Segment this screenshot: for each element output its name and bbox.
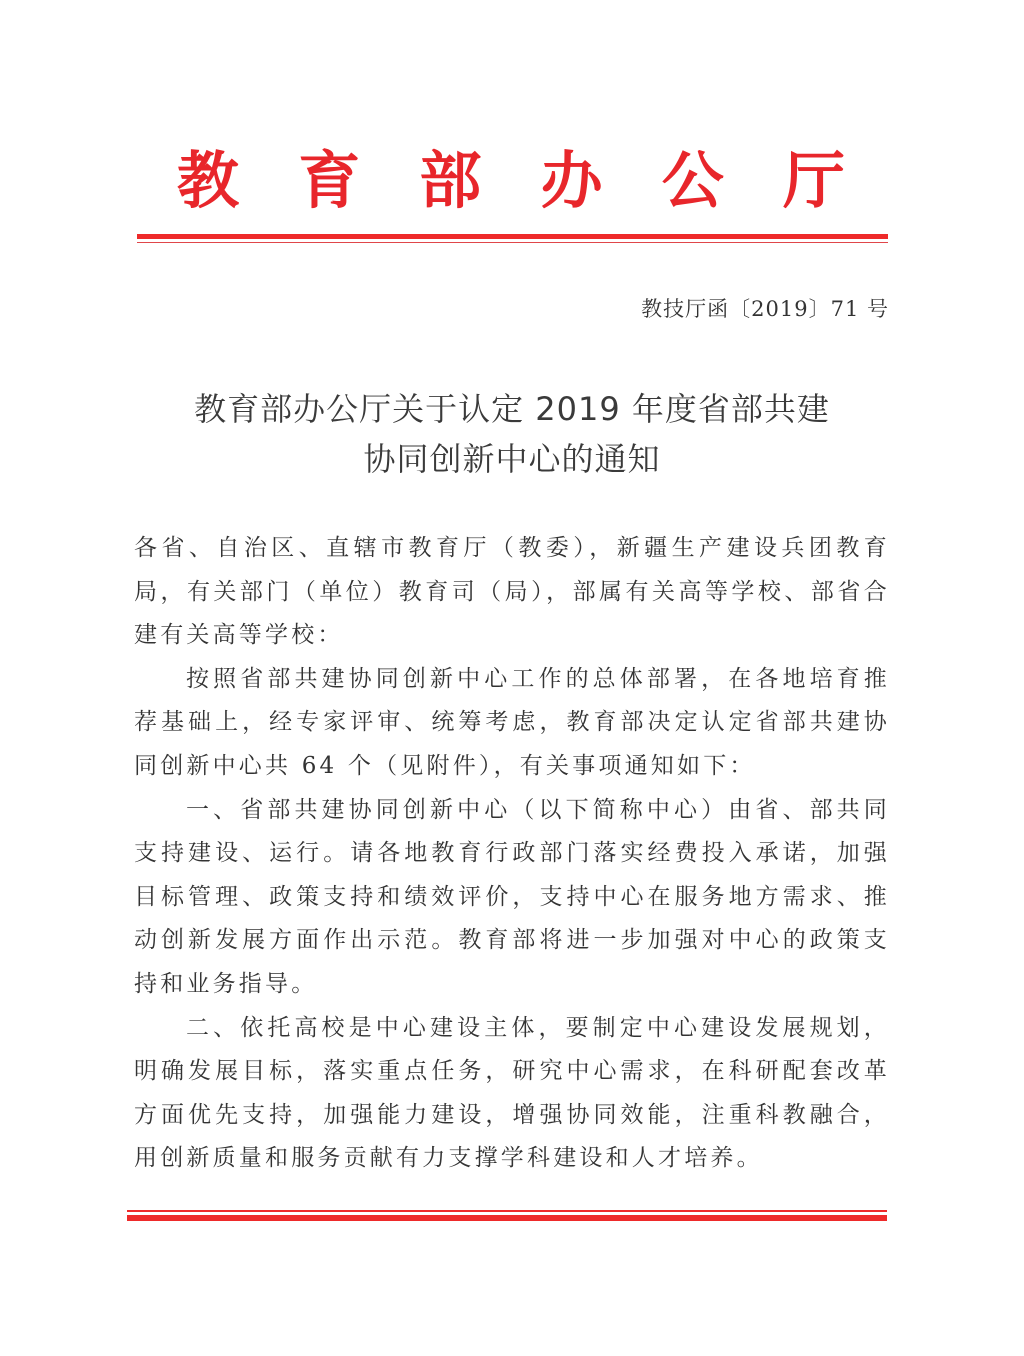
notice-title-line-2: 协同创新中心的通知 bbox=[130, 434, 894, 480]
masthead-char: 厅 bbox=[783, 131, 845, 220]
body-paragraph: 一、省部共建协同创新中心（以下简称中心）由省、部共同支持建设、运行。请各地教育行… bbox=[134, 789, 890, 1007]
body-paragraph: 按照省部共建协同创新中心工作的总体部署，在各地培育推荐基础上，经专家评审、统筹考… bbox=[134, 658, 890, 789]
header-rule-thick bbox=[137, 234, 888, 239]
body-paragraph: 二、依托高校是中心建设主体，要制定中心建设发展规划，明确发展目标，落实重点任务，… bbox=[134, 1007, 890, 1181]
notice-body: 各省、自治区、直辖市教育厅（教委），新疆生产建设兵团教育局，有关部门（单位）教育… bbox=[134, 527, 890, 1181]
document-page: 教 育 部 办 公 厅 教技厅函〔2019〕71 号 教育部办公厅关于认定 20… bbox=[0, 0, 1024, 1356]
notice-title-line-1: 教育部办公厅关于认定 2019 年度省部共建 bbox=[130, 384, 894, 430]
masthead-title: 教 育 部 办 公 厅 bbox=[137, 138, 887, 213]
masthead-char: 办 bbox=[541, 131, 603, 220]
masthead-char: 部 bbox=[419, 131, 481, 220]
masthead-char: 教 bbox=[177, 131, 239, 220]
footer-rule-thick bbox=[127, 1215, 887, 1221]
masthead-char: 育 bbox=[298, 131, 360, 220]
header-rule-thin bbox=[137, 242, 888, 243]
footer-rule-thin bbox=[127, 1210, 887, 1212]
salutation: 各省、自治区、直辖市教育厅（教委），新疆生产建设兵团教育局，有关部门（单位）教育… bbox=[134, 527, 890, 658]
document-number: 教技厅函〔2019〕71 号 bbox=[641, 293, 889, 323]
masthead-char: 公 bbox=[662, 131, 724, 220]
